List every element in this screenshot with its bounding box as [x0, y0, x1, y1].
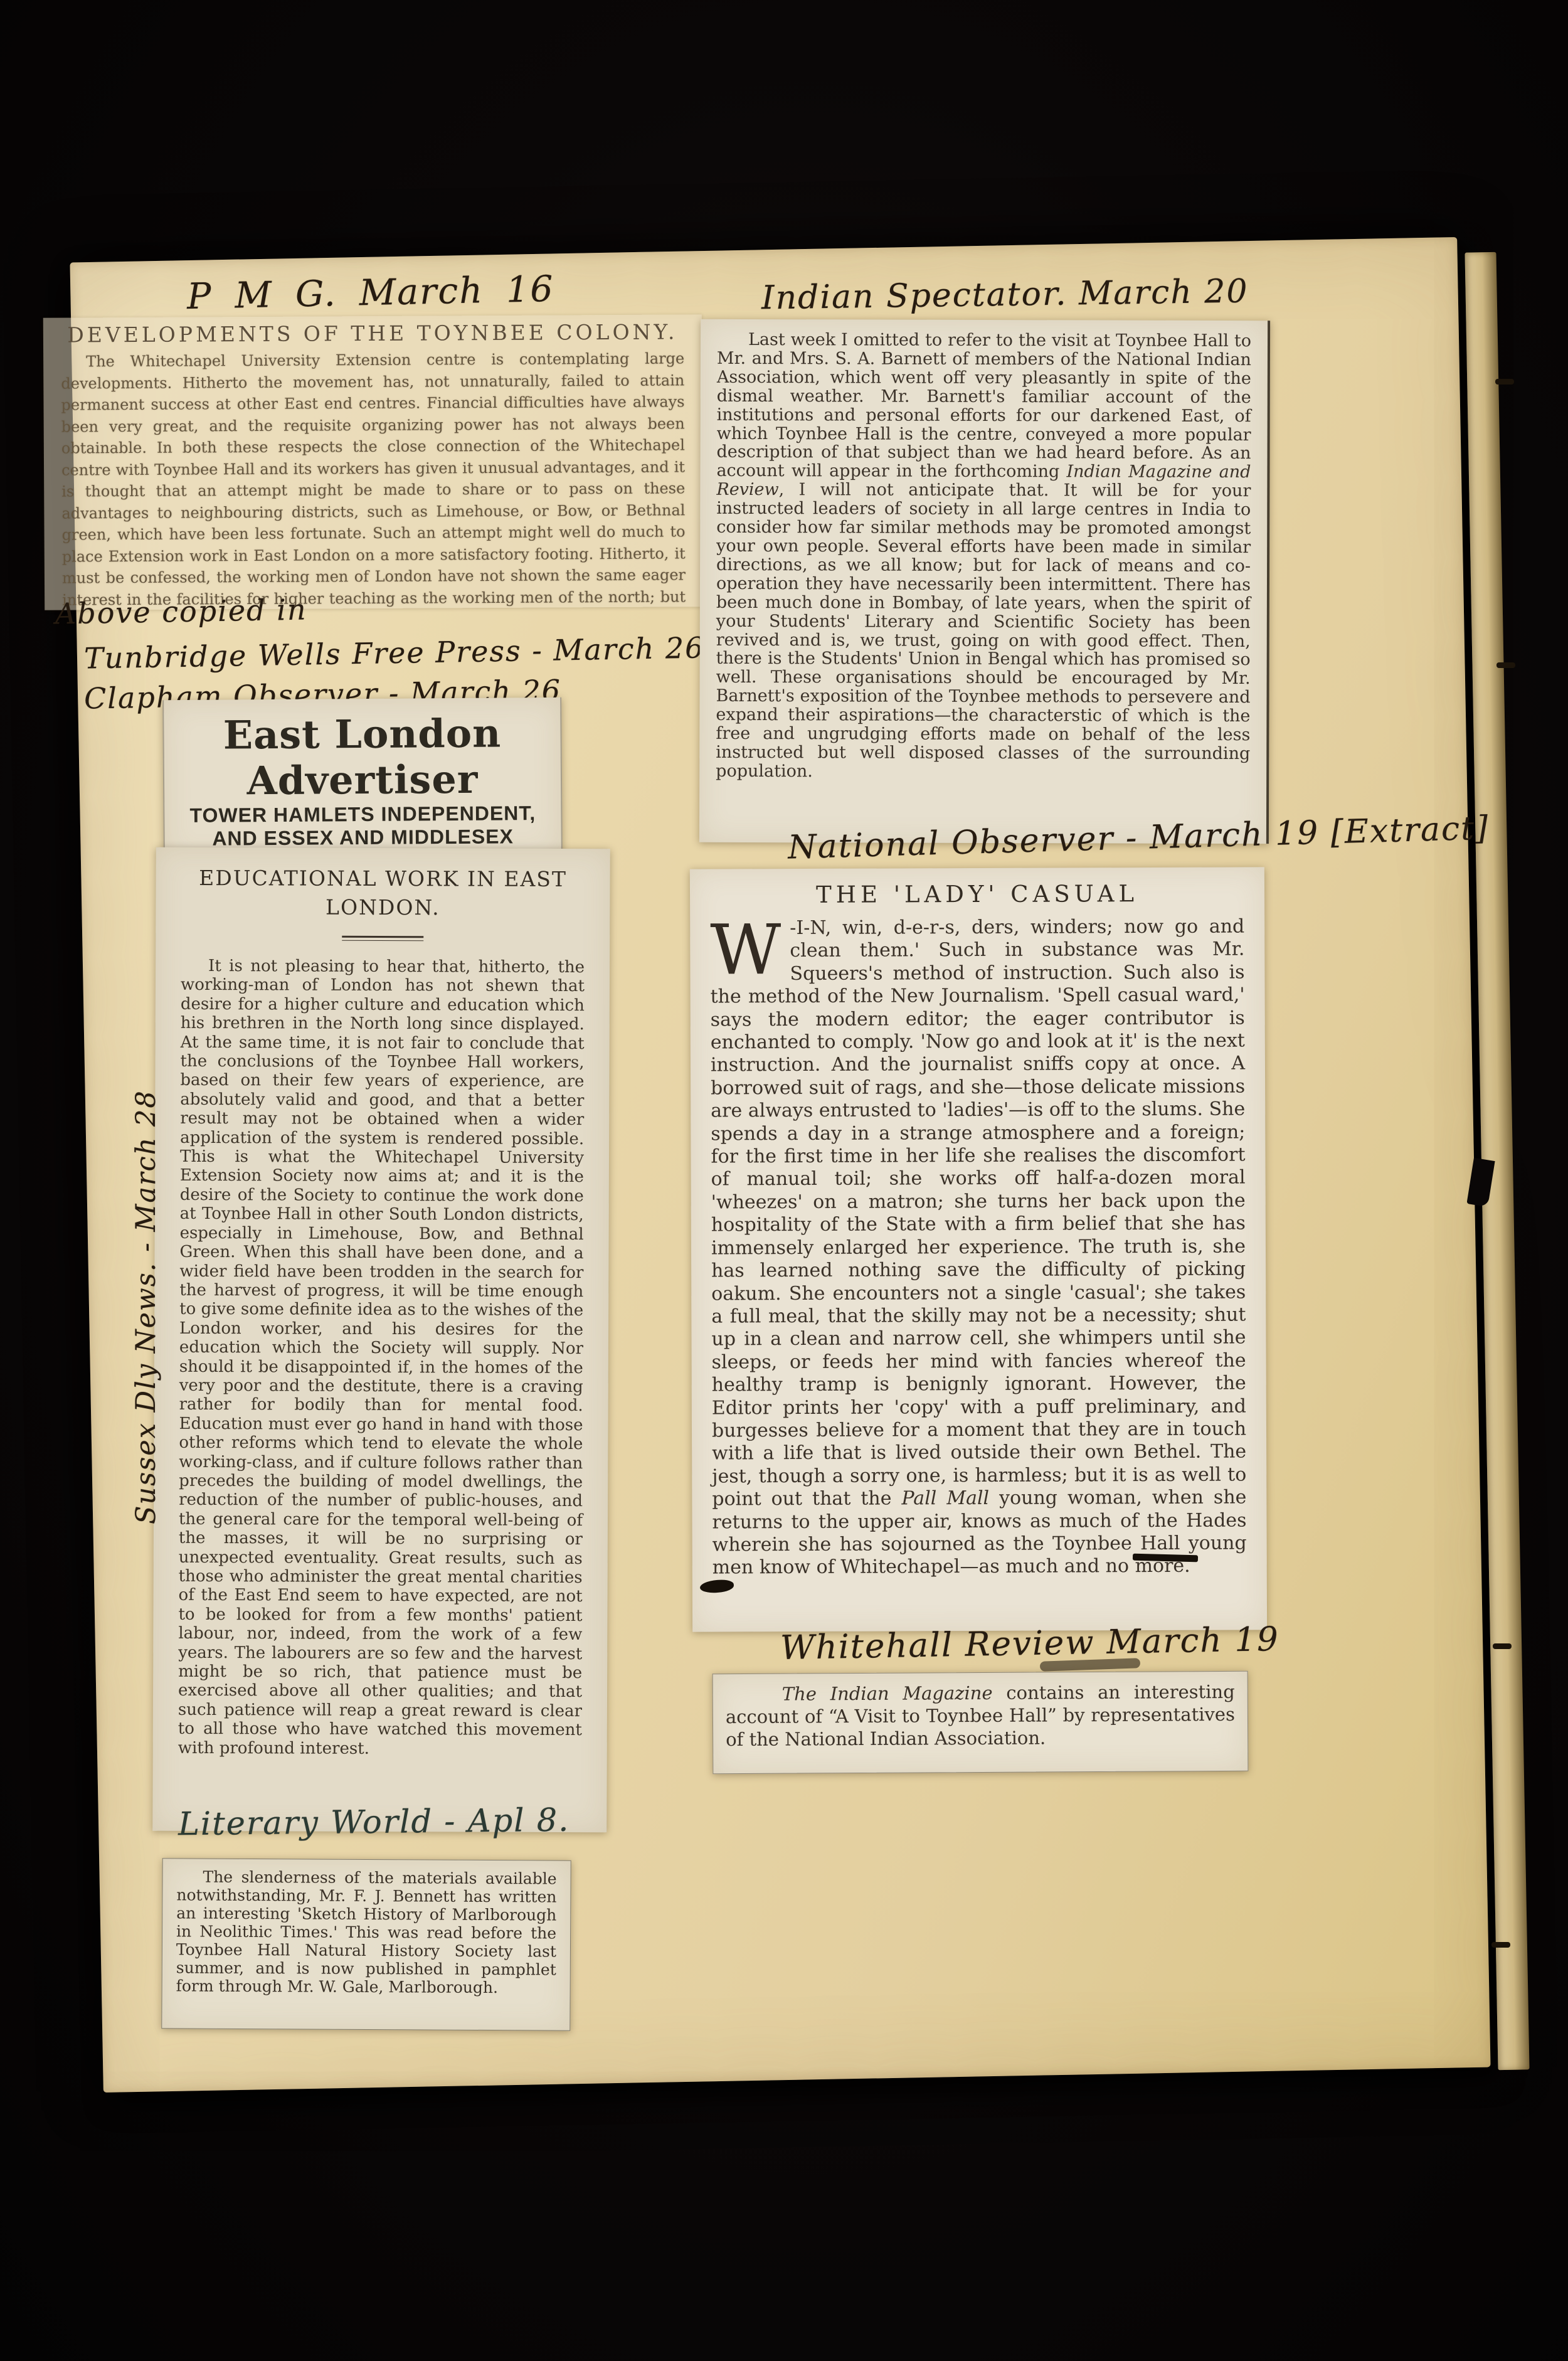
clipping-bennett: The slenderness of the materials availab… — [161, 1858, 571, 2030]
publication-name: The Indian Magazine — [782, 1682, 993, 1705]
article-body: -I-N, win, d-e-r-s, ders, winders; now g… — [711, 916, 1247, 1510]
clipping-indian-spectator: Last week I omitted to refer to the visi… — [699, 319, 1270, 844]
binding-stitch — [1493, 1643, 1512, 1649]
annotation-indian-spectator: Indian Spectator. March 20 — [761, 273, 1249, 317]
article-headline: EDUCATIONAL WORK IN EAST LONDON. — [181, 864, 585, 923]
annotation-pmg: P M G. March 16 — [186, 268, 554, 317]
publication-name: Pall Mall — [901, 1487, 989, 1509]
clipping-lady-casual: THE 'LADY' CASUAL W-I-N, win, d-e-r-s, d… — [690, 867, 1267, 1631]
clipping-body: Last week I omitted to refer to the visi… — [716, 330, 1251, 482]
scrapbook-photo: P M G. March 16 DEVELOPMENTS OF THE TOYN… — [0, 0, 1568, 2361]
clipping-body: The slenderness of the materials availab… — [176, 1868, 557, 1997]
masthead-subtitle-1: TOWER HAMLETS INDEPENDENT, — [164, 802, 561, 827]
annotation-above-copied: Above copied in — [55, 593, 307, 631]
masthead-title: East London Advertiser — [164, 710, 561, 804]
clipping-educational-work: EDUCATIONAL WORK IN EAST LONDON. It is n… — [152, 847, 610, 1833]
annotation-literary-world: Literary World - Apl 8. — [178, 1802, 570, 1844]
drop-cap: W — [710, 917, 790, 977]
clipping-masthead: East London Advertiser TOWER HAMLETS IND… — [162, 698, 563, 861]
clipping-indian-magazine: The Indian Magazine contains an interest… — [712, 1671, 1249, 1774]
annotation-sussex: Sussex Dly News. - March 28 — [130, 1090, 162, 1524]
clipping-body: , I will not anticipate that. It will be… — [716, 480, 1251, 781]
article-headline: THE 'LADY' CASUAL — [710, 880, 1244, 909]
clipping-headline: DEVELOPMENTS OF THE TOYNBEE COLONY. — [61, 319, 684, 347]
binding-stitch — [1495, 379, 1514, 385]
binding-stitch — [1491, 1942, 1510, 1948]
clipping-developments: DEVELOPMENTS OF THE TOYNBEE COLONY. The … — [43, 314, 703, 610]
headline-divider — [342, 936, 423, 941]
binding-stitch — [1496, 662, 1515, 668]
clipping-body: The Whitechapel University Extension cen… — [61, 349, 686, 610]
article-body: It is not pleasing to hear that, hithert… — [178, 957, 585, 1758]
